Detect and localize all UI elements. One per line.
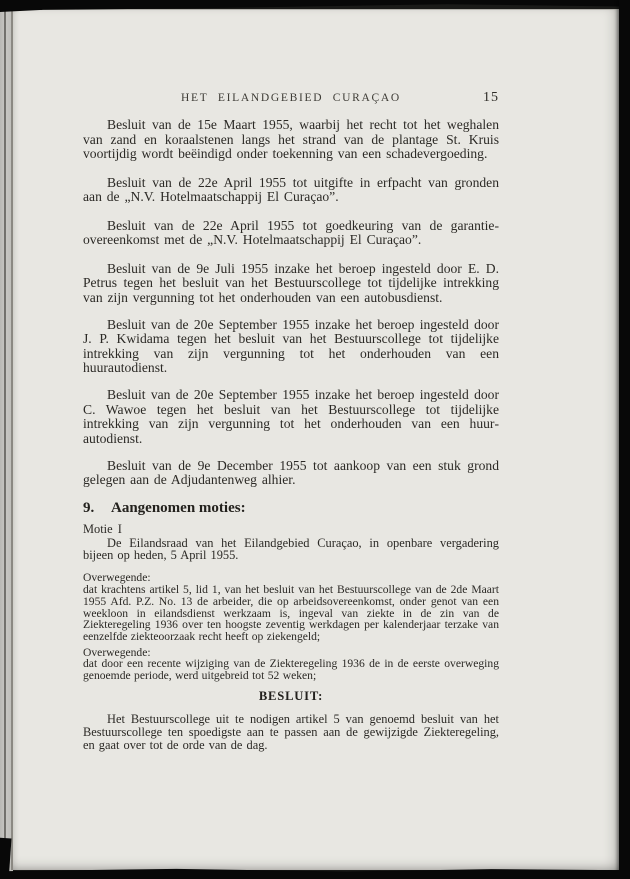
section-title: Aangenomen moties: [111,500,246,516]
besluit-text: Het Bestuurscollege uit te nodigen artik… [83,713,499,752]
consideration-2-text: dat door een recente wijziging van de Zi… [83,658,499,681]
book-gutter-edge [0,0,13,879]
page-stack-edge-line [4,10,6,870]
scanned-book-page: HET EILANDGEBIED CURAÇAO 15 Besluit van … [0,0,630,879]
decree-paragraph-3: Besluit van de 22e April 1955 tot goedke… [83,219,499,248]
section-number: 9. [83,500,111,517]
page-content: HET EILANDGEBIED CURAÇAO 15 Besluit van … [83,10,499,752]
page-number: 15 [483,90,499,106]
besluit-heading: BESLUIT: [83,690,499,703]
document-page: HET EILANDGEBIED CURAÇAO 15 Besluit van … [13,9,619,870]
motie-label: Motie I [83,523,499,536]
page-header: HET EILANDGEBIED CURAÇAO 15 [83,92,499,107]
decree-paragraph-5: Besluit van de 20e September 1955 inzake… [83,318,499,376]
consideration-1-text: dat krachtens artikel 5, lid 1, van het … [83,584,499,643]
decree-paragraph-2: Besluit van de 22e April 1955 tot uitgif… [83,176,499,205]
scan-edge-right [619,0,630,879]
section-heading: 9.Aangenomen moties: [83,500,499,517]
decree-paragraph-4: Besluit van de 9e Juli 1955 inzake het b… [83,262,499,306]
running-title: HET EILANDGEBIED CURAÇAO [83,92,499,104]
decree-paragraph-6: Besluit van de 20e September 1955 inzake… [83,388,499,446]
motie-intro: De Eilandsraad van het Eilandgebied Cura… [83,537,499,563]
decree-paragraph-1: Besluit van de 15e Maart 1955, waarbij h… [83,118,499,162]
decree-paragraph-7: Besluit van de 9e December 1955 tot aank… [83,459,499,488]
